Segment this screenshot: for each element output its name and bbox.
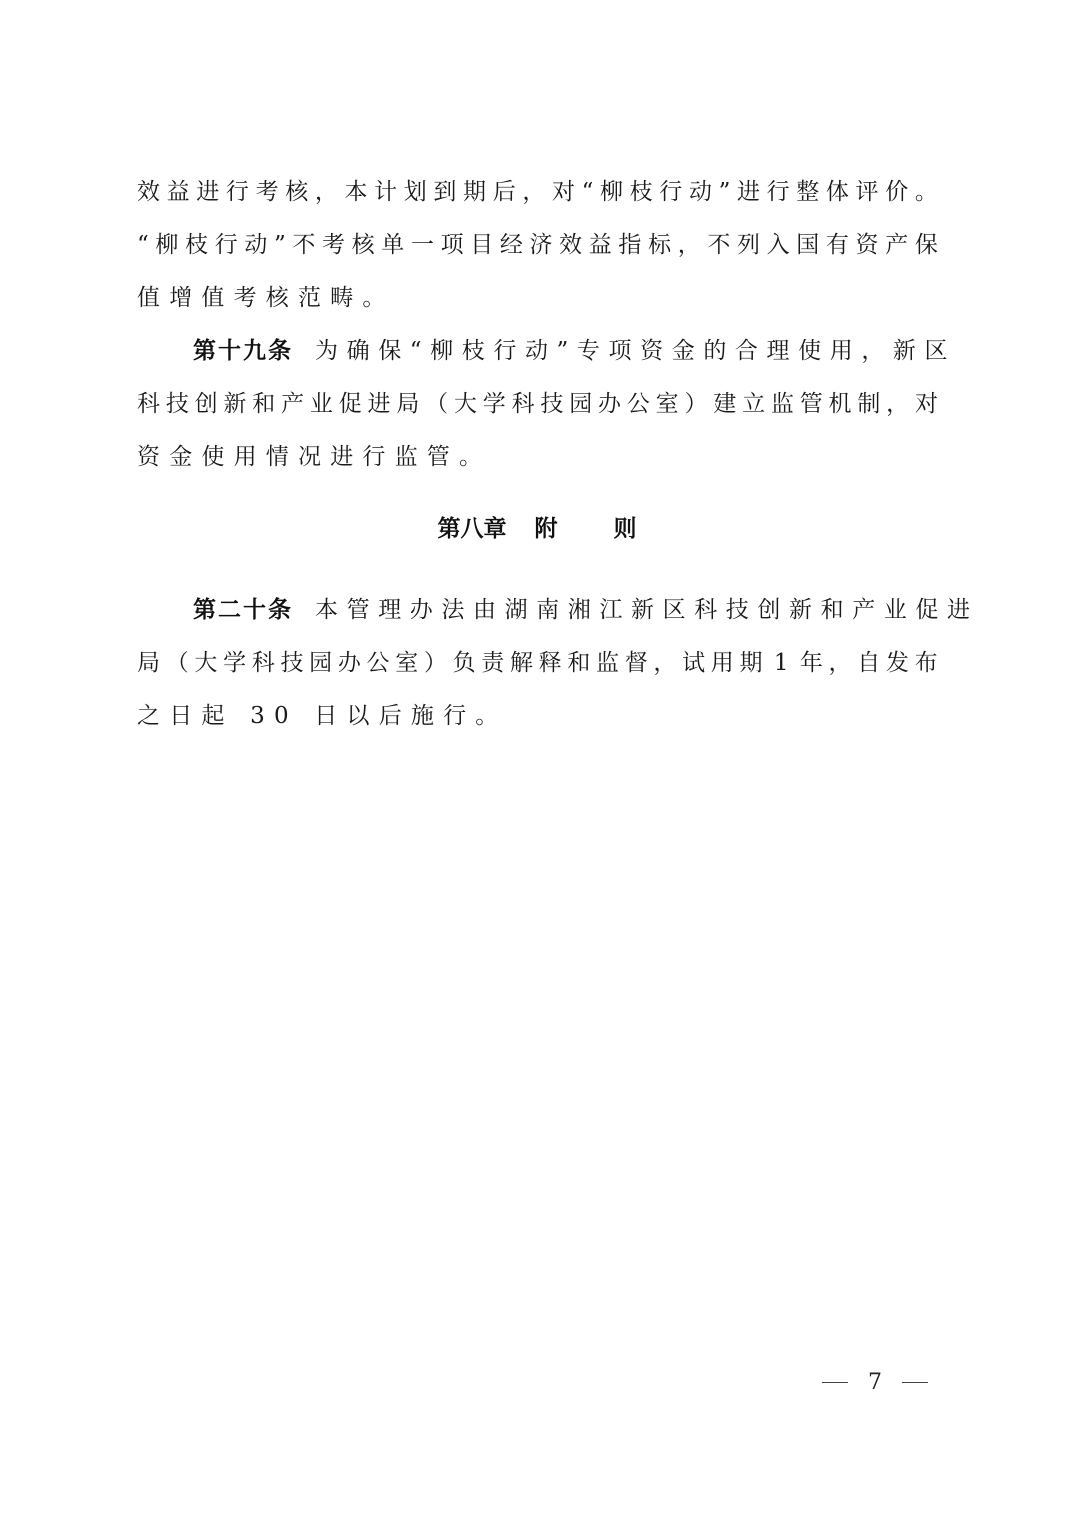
article-20-text: 本管理办法由湖南湘江新区科技创新和产业促进 (315, 590, 979, 630)
article-20-first-line: 第二十条 本管理办法由湖南湘江新区科技创新和产业促进 (193, 590, 938, 630)
chapter-number: 第八章 (438, 516, 507, 542)
paragraph-line: 局（大学科技园办公室）负责解释和监督，试用期 1 年，自发布 (137, 643, 938, 683)
dash-left (822, 1382, 848, 1383)
dash-right (902, 1382, 928, 1383)
page-number: 7 (868, 1370, 882, 1395)
article-19-first-line: 第十九条 为确保“柳枝行动”专项资金的合理使用，新区 (193, 331, 938, 371)
paragraph-line: 科技创新和产业促进局（大学科技园办公室）建立监管机制，对 (137, 384, 938, 424)
paragraph-line: 之日起 30 日以后施行。 (137, 696, 938, 736)
document-page: 效益进行考核，本计划到期后，对“柳枝行动”进行整体评价。 “柳枝行动”不考核单一… (0, 0, 1074, 1520)
paragraph-line: 资金使用情况进行监管。 (137, 437, 938, 477)
chapter-heading: 第八章附则 (0, 510, 1074, 543)
paragraph-line: 效益进行考核，本计划到期后，对“柳枝行动”进行整体评价。 (137, 172, 938, 212)
page-number-footer: 7 (822, 1370, 928, 1395)
chapter-title-part1: 附 (535, 516, 558, 542)
article-20-label: 第二十条 (193, 590, 293, 630)
chapter-title-part2: 则 (614, 516, 637, 542)
paragraph-line: 值增值考核范畴。 (137, 278, 938, 318)
article-19-text: 为确保“柳枝行动”专项资金的合理使用，新区 (315, 331, 956, 371)
article-19-label: 第十九条 (193, 331, 293, 371)
paragraph-line: “柳枝行动”不考核单一项目经济效益指标，不列入国有资产保 (137, 225, 938, 265)
